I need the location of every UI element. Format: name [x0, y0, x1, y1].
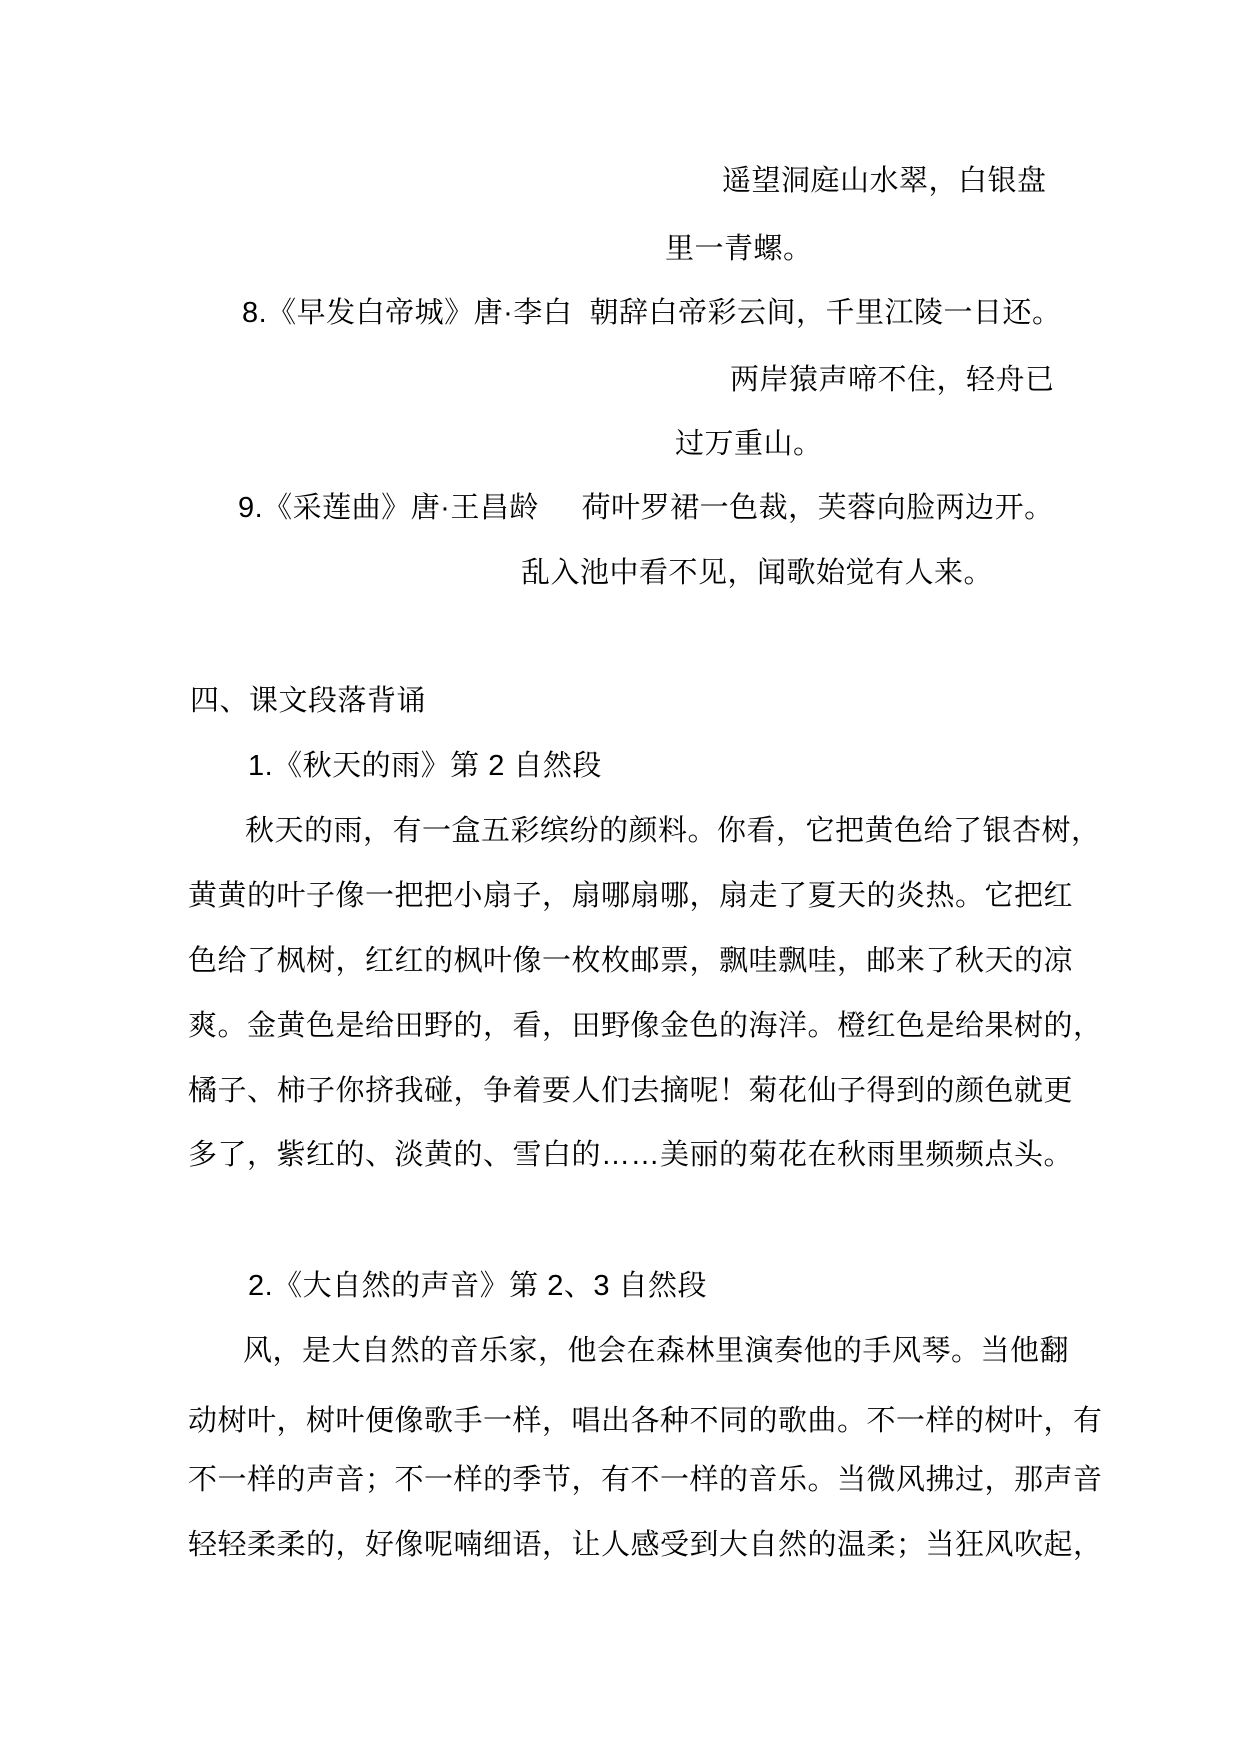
poem8-continuation-line-2: 过万重山。	[675, 427, 823, 461]
passage1-text-line-3: 色给了枫树，红红的枫叶像一枚枚邮票，飘哇飘哇，邮来了秋天的凉	[188, 944, 1073, 978]
passage2-text-line-1: 风，是大自然的音乐家，他会在森林里演奏他的手风琴。当他翻	[243, 1334, 1069, 1368]
passage2-text-line-2: 动树叶，树叶便像歌手一样，唱出各种不同的歌曲。不一样的树叶，有	[188, 1404, 1103, 1438]
passage1-text-line-4: 爽。金黄色是给田野的，看，田野像金色的海洋。橙红色是给果树的，	[188, 1009, 1103, 1043]
poem8-title-line: 8.《早发白帝城》唐·李白 朝辞白帝彩云间，千里江陵一日还。	[242, 296, 1061, 330]
poem7-continuation-line-1: 遥望洞庭山水翠，白银盘	[722, 164, 1047, 198]
passage2-text-line-3: 不一样的声音；不一样的季节，有不一样的音乐。当微风拂过，那声音	[188, 1463, 1103, 1497]
poem9-continuation-line: 乱入池中看不见，闻歌始觉有人来。	[521, 556, 993, 590]
passage1-text-line-6: 多了，紫红的、淡黄的、雪白的……美丽的菊花在秋雨里频频点头。	[188, 1138, 1073, 1172]
section-heading: 四、课文段落背诵	[190, 684, 426, 718]
passage1-text-line-1: 秋天的雨，有一盒五彩缤纷的颜料。你看，它把黄色给了银杏树，	[245, 814, 1101, 848]
passage2-title: 2.《大自然的声音》第 2、3 自然段	[248, 1269, 707, 1303]
passage1-title: 1.《秋天的雨》第 2 自然段	[248, 749, 602, 783]
passage1-text-line-2: 黄黄的叶子像一把把小扇子，扇哪扇哪，扇走了夏天的炎热。它把红	[188, 879, 1073, 913]
passage1-text-line-5: 橘子、柿子你挤我碰，争着要人们去摘呢！菊花仙子得到的颜色就更	[188, 1074, 1073, 1108]
poem8-continuation-line-1: 两岸猿声啼不住，轻舟已	[730, 363, 1055, 397]
document-page: 遥望洞庭山水翠，白银盘 里一青螺。 8.《早发白帝城》唐·李白 朝辞白帝彩云间，…	[0, 0, 1241, 1754]
passage2-text-line-4: 轻轻柔柔的，好像呢喃细语，让人感受到大自然的温柔；当狂风吹起，	[188, 1528, 1103, 1562]
poem7-continuation-line-2: 里一青螺。	[665, 232, 813, 266]
poem9-title-line: 9.《采莲曲》唐·王昌龄 荷叶罗裙一色裁，芙蓉向脸两边开。	[238, 491, 1054, 525]
